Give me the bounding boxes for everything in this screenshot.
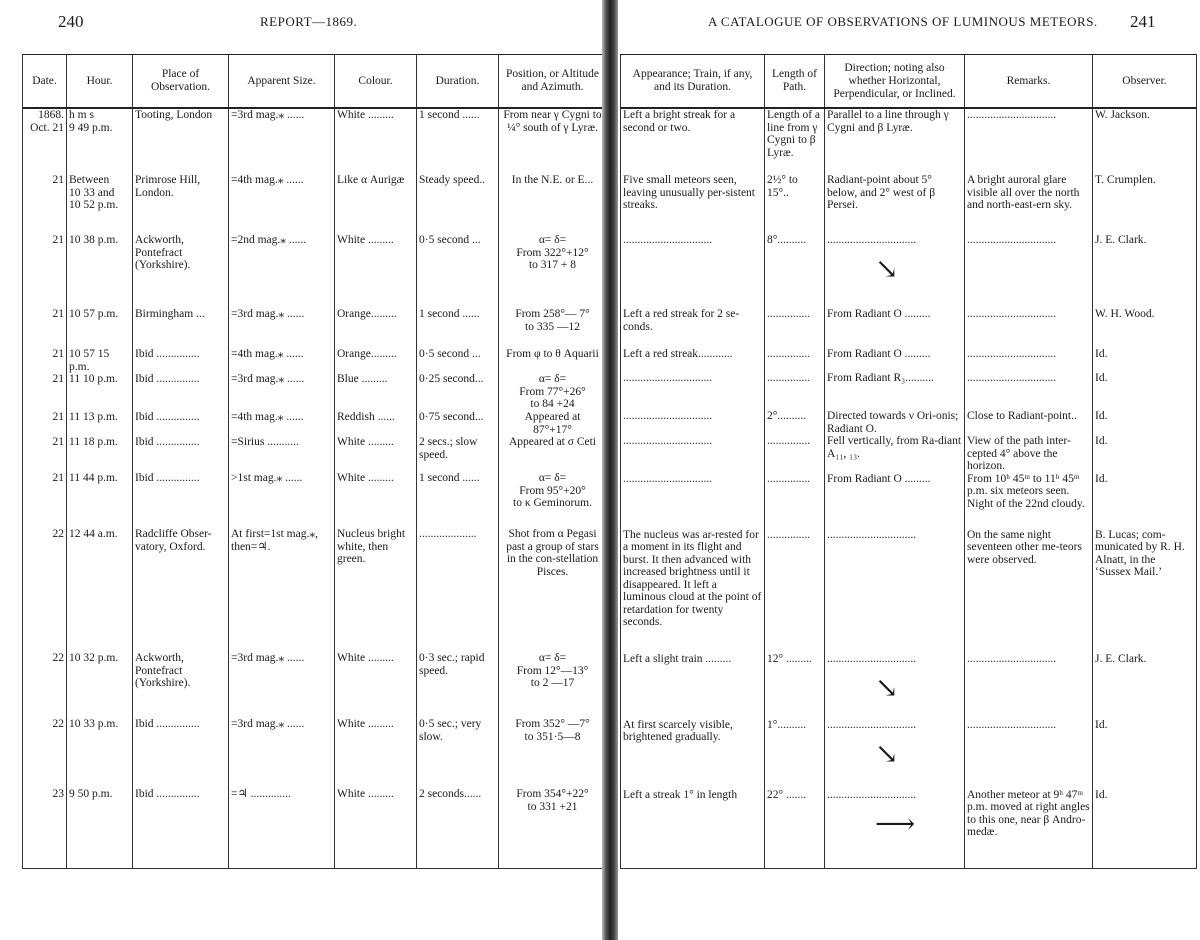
cell-size: =3rd mag.⁎ ...... bbox=[229, 373, 335, 411]
cell-appearance: Left a bright streak for a second or two… bbox=[621, 108, 765, 174]
cell-remarks: On the same night seventeen other me-teo… bbox=[965, 529, 1093, 653]
table-row: 2110 38 p.m.Ackworth, Pontefract (Yorksh… bbox=[23, 234, 607, 308]
cell-colour: Orange......... bbox=[335, 348, 417, 373]
observations-table-right: Appearance; Train, if any, and its Durat… bbox=[620, 54, 1197, 869]
cell-date: 21 bbox=[23, 411, 67, 436]
cell-position: α= δ= From 95°+20° to κ Geminorum. bbox=[499, 472, 607, 528]
cell-length: ............... bbox=[765, 435, 825, 473]
running-head-left: REPORT—1869. bbox=[260, 14, 357, 30]
col-position: Position, or Altitude and Azimuth. bbox=[499, 55, 607, 109]
col-observer: Observer. bbox=[1093, 55, 1197, 109]
cell-size: =4th mag.⁎ ...... bbox=[229, 411, 335, 436]
observations-table-left: Date. Hour. Place of Observation. Appare… bbox=[22, 54, 607, 869]
cell-size: =3rd mag.⁎ ...... bbox=[229, 718, 335, 788]
cell-hour: 11 18 p.m. bbox=[67, 436, 133, 472]
table-row: Left a streak 1° in length22° ..........… bbox=[621, 789, 1197, 869]
col-size: Apparent Size. bbox=[229, 55, 335, 109]
cell-position: α= δ= From 322°+12° to 317 + 8 bbox=[499, 234, 607, 308]
cell-colour: White ......... bbox=[335, 472, 417, 528]
cell-length: ............... bbox=[765, 348, 825, 372]
table-row: ...............................2°.......… bbox=[621, 410, 1197, 435]
cell-remarks: A bright auroral glare visible all over … bbox=[965, 174, 1093, 234]
col-hour: Hour. bbox=[67, 55, 133, 109]
cell-date: 21 bbox=[23, 373, 67, 411]
cell-hour: 9 50 p.m. bbox=[67, 788, 133, 868]
cell-direction: From Radiant O ......... bbox=[825, 348, 965, 372]
arrow-down-right-icon: ↘ bbox=[875, 749, 898, 762]
arrow-right-icon: ⟶ bbox=[875, 819, 915, 832]
cell-duration: 0·3 sec.; rapid speed. bbox=[417, 652, 499, 718]
cell-place: Ibid ............... bbox=[133, 436, 229, 472]
cell-appearance: Five small meteors seen, leaving unusual… bbox=[621, 174, 765, 234]
cell-place: Tooting, London bbox=[133, 108, 229, 174]
table-row: Left a red streak for 2 se-conds........… bbox=[621, 308, 1197, 348]
cell-hour: 11 10 p.m. bbox=[67, 373, 133, 411]
cell-date: 23 bbox=[23, 788, 67, 868]
cell-date: 22 bbox=[23, 652, 67, 718]
cell-position: From 352° —7° to 351·5—8 bbox=[499, 718, 607, 788]
cell-colour: White ......... bbox=[335, 108, 417, 174]
cell-hour: 11 13 p.m. bbox=[67, 411, 133, 436]
cell-date: 21 bbox=[23, 308, 67, 348]
cell-length: 1°.......... bbox=[765, 719, 825, 789]
cell-duration: 1 second ...... bbox=[417, 108, 499, 174]
cell-length: 2½° to 15°.. bbox=[765, 174, 825, 234]
cell-colour: Reddish ...... bbox=[335, 411, 417, 436]
cell-observer: Id. bbox=[1093, 789, 1197, 869]
cell-size: =4th mag.⁎ ...... bbox=[229, 348, 335, 373]
table-row: 2110 57 p.m.Birmingham ...=3rd mag.⁎ ...… bbox=[23, 308, 607, 348]
cell-date: 22 bbox=[23, 718, 67, 788]
cell-size: >1st mag.⁎ ...... bbox=[229, 472, 335, 528]
cell-size: =3rd mag.⁎ ...... bbox=[229, 652, 335, 718]
table-row: ........................................… bbox=[621, 435, 1197, 473]
cell-place: Ibid ............... bbox=[133, 718, 229, 788]
cell-colour: White ......... bbox=[335, 436, 417, 472]
table-row: 2212 44 a.m.Radcliffe Obser- vatory, Oxf… bbox=[23, 528, 607, 652]
cell-date: 22 bbox=[23, 528, 67, 652]
cell-observer: Id. bbox=[1093, 435, 1197, 473]
cell-direction: Parallel to a line through γ Cygni and β… bbox=[825, 108, 965, 174]
cell-appearance: ............................... bbox=[621, 410, 765, 435]
cell-colour: Nucleus bright white, then green. bbox=[335, 528, 417, 652]
cell-duration: Steady speed.. bbox=[417, 174, 499, 234]
table-row: 1868. Oct. 21h m s 9 49 p.m.Tooting, Lon… bbox=[23, 108, 607, 174]
cell-direction: Fell vertically, from Ra-diant A₁₁, ₁₃. bbox=[825, 435, 965, 473]
arrow-down-right-icon: ↘ bbox=[875, 264, 898, 277]
cell-size: =3rd mag.⁎ ...... bbox=[229, 108, 335, 174]
cell-appearance: ............................... bbox=[621, 372, 765, 410]
cell-duration: 2 seconds...... bbox=[417, 788, 499, 868]
col-direction: Direction; noting also whether Horizonta… bbox=[825, 55, 965, 109]
page-number-left: 240 bbox=[58, 12, 84, 32]
cell-colour: White ......... bbox=[335, 234, 417, 308]
cell-hour: 12 44 a.m. bbox=[67, 528, 133, 652]
table-row: ...............................8°.......… bbox=[621, 234, 1197, 308]
table-row: 21Between 10 33 and 10 52 p.m.Primrose H… bbox=[23, 174, 607, 234]
table-row: ........................................… bbox=[621, 473, 1197, 529]
cell-hour: 10 57 p.m. bbox=[67, 308, 133, 348]
cell-duration: 1 second ...... bbox=[417, 472, 499, 528]
cell-colour: White ......... bbox=[335, 718, 417, 788]
cell-size: =♃ .............. bbox=[229, 788, 335, 868]
cell-place: Primrose Hill, London. bbox=[133, 174, 229, 234]
cell-length: 2°.......... bbox=[765, 410, 825, 435]
cell-appearance: Left a red streak............ bbox=[621, 348, 765, 372]
cell-appearance: The nucleus was ar-rested for a moment i… bbox=[621, 529, 765, 653]
cell-place: Birmingham ... bbox=[133, 308, 229, 348]
cell-remarks: ............................... bbox=[965, 108, 1093, 174]
cell-place: Ackworth, Pontefract (Yorkshire). bbox=[133, 652, 229, 718]
cell-length: ............... bbox=[765, 473, 825, 529]
cell-date: 21 bbox=[23, 436, 67, 472]
cell-appearance: At first scarcely visible, brightened gr… bbox=[621, 719, 765, 789]
table-row: 2110 57 15 p.m.Ibid ...............=4th … bbox=[23, 348, 607, 373]
table-row: At first scarcely visible, brightened gr… bbox=[621, 719, 1197, 789]
col-date: Date. bbox=[23, 55, 67, 109]
table-row: 239 50 p.m.Ibid ...............=♃ ......… bbox=[23, 788, 607, 868]
cell-date: 21 bbox=[23, 234, 67, 308]
cell-position: From 354°+22° to 331 +21 bbox=[499, 788, 607, 868]
cell-duration: 1 second ...... bbox=[417, 308, 499, 348]
cell-remarks: ............................... bbox=[965, 719, 1093, 789]
cell-appearance: ............................... bbox=[621, 473, 765, 529]
left-page: 240 REPORT—1869. Date. Hour. Place of Ob… bbox=[0, 0, 606, 940]
cell-position: Appeared at 87°+17° bbox=[499, 411, 607, 436]
cell-observer: Id. bbox=[1093, 719, 1197, 789]
cell-appearance: Left a slight train ......... bbox=[621, 653, 765, 719]
cell-date: 21 bbox=[23, 472, 67, 528]
table-header: Appearance; Train, if any, and its Durat… bbox=[621, 55, 1197, 109]
page-number-right: 241 bbox=[1130, 12, 1156, 32]
cell-hour: 11 44 p.m. bbox=[67, 472, 133, 528]
cell-direction: Radiant-point about 5° below, and 2° wes… bbox=[825, 174, 965, 234]
cell-observer: Id. bbox=[1093, 410, 1197, 435]
cell-appearance: ............................... bbox=[621, 234, 765, 308]
cell-size: =4th mag.⁎ ...... bbox=[229, 174, 335, 234]
cell-direction: ...............................↘ bbox=[825, 653, 965, 719]
cell-size: At first=1st mag.⁎, then=♃. bbox=[229, 528, 335, 652]
cell-observer: Id. bbox=[1093, 348, 1197, 372]
table-row: ........................................… bbox=[621, 372, 1197, 410]
cell-direction: From Radiant O ......... bbox=[825, 473, 965, 529]
cell-remarks: ............................... bbox=[965, 234, 1093, 308]
cell-hour: 10 57 15 p.m. bbox=[67, 348, 133, 373]
cell-length: 22° ....... bbox=[765, 789, 825, 869]
cell-observer: W. Jackson. bbox=[1093, 108, 1197, 174]
col-length: Length of Path. bbox=[765, 55, 825, 109]
cell-hour: Between 10 33 and 10 52 p.m. bbox=[67, 174, 133, 234]
cell-colour: White ......... bbox=[335, 788, 417, 868]
cell-position: α= δ= From 77°+26° to 84 +24 bbox=[499, 373, 607, 411]
cell-appearance: Left a red streak for 2 se-conds. bbox=[621, 308, 765, 348]
cell-position: Appeared at σ Ceti bbox=[499, 436, 607, 472]
cell-remarks: View of the path inter-cepted 4° above t… bbox=[965, 435, 1093, 473]
cell-colour: White ......... bbox=[335, 652, 417, 718]
col-place: Place of Observation. bbox=[133, 55, 229, 109]
cell-date: 21 bbox=[23, 348, 67, 373]
table-row: Left a red streak.......................… bbox=[621, 348, 1197, 372]
table-row: 2111 44 p.m.Ibid ...............>1st mag… bbox=[23, 472, 607, 528]
cell-direction: Directed towards ν Ori-onis; Radiant O. bbox=[825, 410, 965, 435]
cell-duration: 0·5 second ... bbox=[417, 234, 499, 308]
cell-remarks: ............................... bbox=[965, 308, 1093, 348]
cell-direction: ............................... bbox=[825, 529, 965, 653]
cell-direction: From Radiant R₃.......... bbox=[825, 372, 965, 410]
cell-appearance: ............................... bbox=[621, 435, 765, 473]
right-page: A CATALOGUE OF OBSERVATIONS OF LUMINOUS … bbox=[612, 0, 1200, 940]
col-colour: Colour. bbox=[335, 55, 417, 109]
arrow-down-right-icon: ↘ bbox=[875, 683, 898, 696]
table-row: 2111 10 p.m.Ibid ...............=3rd mag… bbox=[23, 373, 607, 411]
cell-appearance: Left a streak 1° in length bbox=[621, 789, 765, 869]
cell-position: From φ to θ Aquarii bbox=[499, 348, 607, 373]
cell-hour: 10 32 p.m. bbox=[67, 652, 133, 718]
cell-observer: T. Crumplen. bbox=[1093, 174, 1197, 234]
cell-position: Shot from α Pegasi past a group of stars… bbox=[499, 528, 607, 652]
cell-observer: Id. bbox=[1093, 372, 1197, 410]
cell-date: 21 bbox=[23, 174, 67, 234]
cell-observer: B. Lucas; com-municated by R. H. Alnatt,… bbox=[1093, 529, 1197, 653]
table-row: 2210 32 p.m.Ackworth, Pontefract (Yorksh… bbox=[23, 652, 607, 718]
cell-colour: Orange......... bbox=[335, 308, 417, 348]
table-row: Left a bright streak for a second or two… bbox=[621, 108, 1197, 174]
col-remarks: Remarks. bbox=[965, 55, 1093, 109]
cell-direction: ...............................↘ bbox=[825, 719, 965, 789]
cell-duration: 0·5 second ... bbox=[417, 348, 499, 373]
cell-remarks: Close to Radiant-point.. bbox=[965, 410, 1093, 435]
cell-direction: From Radiant O ......... bbox=[825, 308, 965, 348]
cell-remarks: From 10ʰ 45ᵐ to 11ʰ 45ᵐ p.m. six meteors… bbox=[965, 473, 1093, 529]
cell-observer: J. E. Clark. bbox=[1093, 234, 1197, 308]
col-duration: Duration. bbox=[417, 55, 499, 109]
cell-length: 8°.......... bbox=[765, 234, 825, 308]
cell-position: From 258°— 7° to 335 —12 bbox=[499, 308, 607, 348]
cell-direction: ...............................⟶ bbox=[825, 789, 965, 869]
cell-place: Ibid ............... bbox=[133, 348, 229, 373]
cell-size: =Sirius ........... bbox=[229, 436, 335, 472]
cell-duration: 2 secs.; slow speed. bbox=[417, 436, 499, 472]
cell-place: Ibid ............... bbox=[133, 472, 229, 528]
running-head-right: A CATALOGUE OF OBSERVATIONS OF LUMINOUS … bbox=[708, 14, 1098, 30]
cell-place: Ibid ............... bbox=[133, 411, 229, 436]
cell-colour: Blue ......... bbox=[335, 373, 417, 411]
cell-remarks: Another meteor at 9ʰ 47ᵐ p.m. moved at r… bbox=[965, 789, 1093, 869]
table-row: 2210 33 p.m.Ibid ...............=3rd mag… bbox=[23, 718, 607, 788]
cell-place: Radcliffe Obser- vatory, Oxford. bbox=[133, 528, 229, 652]
cell-length: Length of a line from γ Cygni to β Lyræ. bbox=[765, 108, 825, 174]
cell-colour: Like α Aurigæ bbox=[335, 174, 417, 234]
cell-direction: ...............................↘ bbox=[825, 234, 965, 308]
cell-hour: 10 38 p.m. bbox=[67, 234, 133, 308]
cell-length: 12° ......... bbox=[765, 653, 825, 719]
table-row: 2111 18 p.m.Ibid ...............=Sirius … bbox=[23, 436, 607, 472]
cell-date: 1868. Oct. 21 bbox=[23, 108, 67, 174]
cell-size: =2nd mag.⁎ ...... bbox=[229, 234, 335, 308]
cell-remarks: ............................... bbox=[965, 348, 1093, 372]
cell-size: =3rd mag.⁎ ...... bbox=[229, 308, 335, 348]
cell-observer: W. H. Wood. bbox=[1093, 308, 1197, 348]
cell-duration: 0·75 second... bbox=[417, 411, 499, 436]
cell-duration: 0·25 second... bbox=[417, 373, 499, 411]
cell-hour: 10 33 p.m. bbox=[67, 718, 133, 788]
cell-position: In the N.E. or E... bbox=[499, 174, 607, 234]
cell-place: Ackworth, Pontefract (Yorkshire). bbox=[133, 234, 229, 308]
table-row: Five small meteors seen, leaving unusual… bbox=[621, 174, 1197, 234]
cell-observer: Id. bbox=[1093, 473, 1197, 529]
cell-place: Ibid ............... bbox=[133, 373, 229, 411]
cell-place: Ibid ............... bbox=[133, 788, 229, 868]
table-row: The nucleus was ar-rested for a moment i… bbox=[621, 529, 1197, 653]
cell-remarks: ............................... bbox=[965, 372, 1093, 410]
table-row: Left a slight train .........12° .......… bbox=[621, 653, 1197, 719]
cell-length: ............... bbox=[765, 529, 825, 653]
table-row: 2111 13 p.m.Ibid ...............=4th mag… bbox=[23, 411, 607, 436]
cell-position: From near γ Cygni to ¼° south of γ Lyræ. bbox=[499, 108, 607, 174]
cell-length: ............... bbox=[765, 372, 825, 410]
cell-length: ............... bbox=[765, 308, 825, 348]
cell-remarks: ............................... bbox=[965, 653, 1093, 719]
col-appearance: Appearance; Train, if any, and its Durat… bbox=[621, 55, 765, 109]
cell-position: α= δ= From 12°—13° to 2 —17 bbox=[499, 652, 607, 718]
table-header: Date. Hour. Place of Observation. Appare… bbox=[23, 55, 607, 109]
cell-duration: 0·5 sec.; very slow. bbox=[417, 718, 499, 788]
cell-duration: .................... bbox=[417, 528, 499, 652]
cell-observer: J. E. Clark. bbox=[1093, 653, 1197, 719]
cell-hour: h m s 9 49 p.m. bbox=[67, 108, 133, 174]
